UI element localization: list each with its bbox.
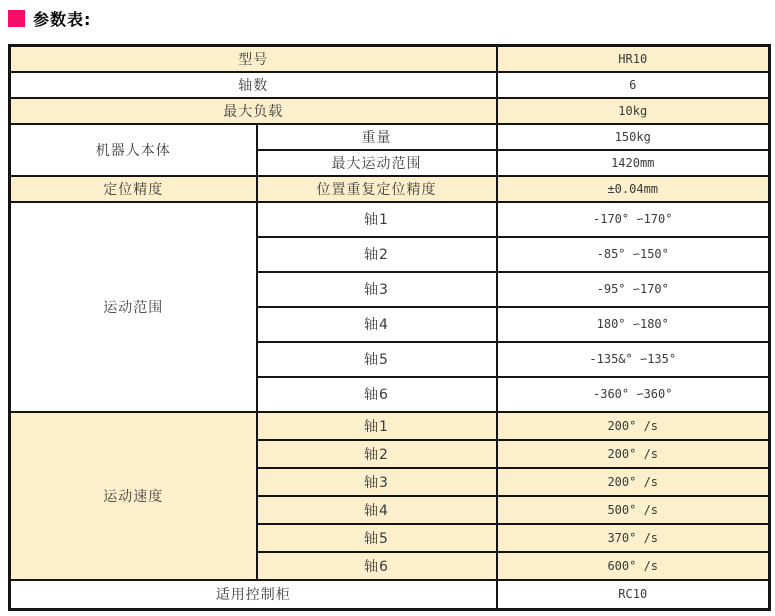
- spec-label-speed-axis3: 轴3: [257, 468, 497, 496]
- spec-label-range-axis2: 轴2: [257, 237, 497, 272]
- spec-label-weight: 重量: [257, 124, 497, 150]
- spec-value-max-reach: 1420mm: [497, 150, 770, 176]
- table-row-weight: 机器人本体 重量 150kg: [10, 124, 770, 150]
- spec-value-range-axis1: -170° ∽170°: [497, 202, 770, 237]
- group-label-motion-range: 运动范围: [10, 202, 257, 412]
- title-square-bullet-icon: [8, 10, 25, 27]
- spec-value-speed-axis5: 370° /s: [497, 524, 770, 552]
- spec-value-model: HR10: [497, 46, 770, 72]
- spec-label-speed-axis2: 轴2: [257, 440, 497, 468]
- table-row-max-payload: 最大负载 10kg: [10, 98, 770, 124]
- table-row-range-axis1: 运动范围 轴1 -170° ∽170°: [10, 202, 770, 237]
- table-row-speed-axis1: 运动速度 轴1 200° /s: [10, 412, 770, 440]
- spec-label-range-axis3: 轴3: [257, 272, 497, 307]
- spec-value-range-axis3: -95° ∽170°: [497, 272, 770, 307]
- spec-sheet-page: 参数表: 型号 HR10 轴数 6 最大负载 10kg 机器人本体 重量 150…: [0, 0, 775, 616]
- group-label-robot-body: 机器人本体: [10, 124, 257, 176]
- spec-value-speed-axis2: 200° /s: [497, 440, 770, 468]
- spec-value-weight: 150kg: [497, 124, 770, 150]
- group-label-motion-speed: 运动速度: [10, 412, 257, 580]
- table-row-model: 型号 HR10: [10, 46, 770, 72]
- parameter-table: 型号 HR10 轴数 6 最大负载 10kg 机器人本体 重量 150kg 最大…: [8, 44, 771, 611]
- section-title-row: 参数表:: [8, 7, 91, 30]
- spec-value-speed-axis4: 500° /s: [497, 496, 770, 524]
- page-title: 参数表:: [33, 7, 91, 30]
- spec-label-model: 型号: [10, 46, 497, 72]
- table-row-axes-count: 轴数 6: [10, 72, 770, 98]
- spec-value-range-axis5: -135&° ∽135°: [497, 342, 770, 377]
- spec-label-range-axis6: 轴6: [257, 377, 497, 412]
- spec-value-range-axis2: -85° ∽150°: [497, 237, 770, 272]
- spec-value-max-payload: 10kg: [497, 98, 770, 124]
- spec-label-speed-axis1: 轴1: [257, 412, 497, 440]
- spec-label-range-axis5: 轴5: [257, 342, 497, 377]
- spec-value-speed-axis1: 200° /s: [497, 412, 770, 440]
- spec-value-repeatability: ±0.04mm: [497, 176, 770, 202]
- spec-label-speed-axis6: 轴6: [257, 552, 497, 580]
- spec-value-speed-axis6: 600° /s: [497, 552, 770, 580]
- table-row-repeatability: 定位精度 位置重复定位精度 ±0.04mm: [10, 176, 770, 202]
- spec-value-range-axis4: 180° ∽180°: [497, 307, 770, 342]
- spec-label-range-axis4: 轴4: [257, 307, 497, 342]
- spec-value-range-axis6: -360° ∽360°: [497, 377, 770, 412]
- spec-value-controller: RC10: [497, 580, 770, 610]
- spec-label-controller: 适用控制柜: [10, 580, 497, 610]
- table-row-controller: 适用控制柜 RC10: [10, 580, 770, 610]
- spec-label-range-axis1: 轴1: [257, 202, 497, 237]
- spec-label-max-reach: 最大运动范围: [257, 150, 497, 176]
- spec-label-speed-axis4: 轴4: [257, 496, 497, 524]
- group-label-positioning: 定位精度: [10, 176, 257, 202]
- spec-label-repeatability: 位置重复定位精度: [257, 176, 497, 202]
- spec-value-axes-count: 6: [497, 72, 770, 98]
- spec-label-speed-axis5: 轴5: [257, 524, 497, 552]
- spec-value-speed-axis3: 200° /s: [497, 468, 770, 496]
- spec-label-max-payload: 最大负载: [10, 98, 497, 124]
- spec-label-axes-count: 轴数: [10, 72, 497, 98]
